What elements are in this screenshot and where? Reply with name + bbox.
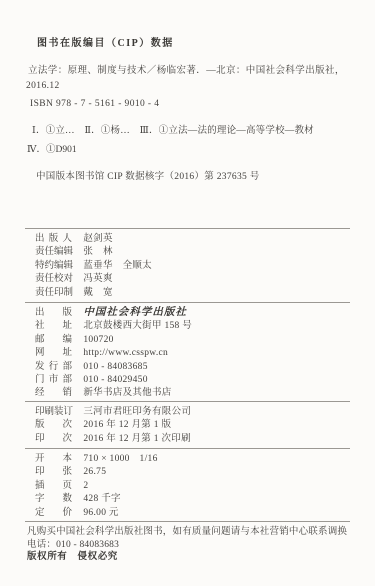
- quality-notice: 凡购买中国社会科学出版社图书，如有质量问题请与本社营销中心联系调换: [27, 526, 355, 539]
- printing-row: 版次 2016 年 12 月第 1 版: [35, 419, 191, 432]
- publisher-row: 门市部 010 - 84029450: [35, 374, 192, 387]
- contact-phone: 电话：010 - 84083683: [27, 539, 355, 552]
- row-label: 定价: [35, 507, 72, 520]
- book-copyright-page: 图书在版编目（CIP）数据 立法学：原理、制度与技术／杨临宏著．—北京：中国社会…: [0, 0, 375, 586]
- format-row: 开本 710 × 1000 1/16: [35, 453, 158, 466]
- row-label: 社址: [35, 320, 72, 333]
- publisher-row: 网址 http://www.csspw.cn: [35, 347, 192, 360]
- format-row: 印张 26.75: [35, 466, 158, 479]
- row-label: 开本: [35, 453, 72, 466]
- publisher-block: 出版 中国社会科学出版社 社址 北京鼓楼西大街甲 158 号 邮编 100720…: [35, 306, 192, 401]
- printing-row: 印刷装订 三河市君旺印务有限公司: [35, 406, 191, 419]
- footer-block: 凡购买中国社会科学出版社图书，如有质量问题请与本社营销中心联系调换 电话：010…: [27, 526, 355, 564]
- divider: [25, 401, 350, 402]
- website-url: http://www.csspw.cn: [83, 348, 168, 358]
- staff-row: 特约编辑 蓝垂华 全顺太: [35, 260, 152, 273]
- row-value: 赵剑英: [83, 234, 112, 244]
- row-label: 印刷装订: [35, 406, 72, 419]
- staff-block: 出版人 赵剑英 责任编辑 张 林 特约编辑 蓝垂华 全顺太 责任校对 冯英爽 责…: [35, 233, 152, 300]
- printing-block: 印刷装订 三河市君旺印务有限公司 版次 2016 年 12 月第 1 版 印次 …: [35, 406, 191, 446]
- row-value: 26.75: [83, 467, 106, 477]
- row-value: 100720: [83, 335, 113, 345]
- publisher-row: 社址 北京鼓楼西大街甲 158 号: [35, 320, 192, 333]
- cip-classification-line1: Ⅰ．①立… Ⅱ．①杨… Ⅲ．①立法—法的理论—高等学校—教材: [32, 122, 355, 136]
- format-row: 字数 428 千字: [35, 493, 158, 506]
- cip-description-line2: 2016.12: [26, 81, 355, 91]
- row-label: 责任印制: [35, 287, 72, 300]
- price-value: 96.00 元: [83, 508, 118, 518]
- row-value: 010 - 84029450: [83, 375, 147, 385]
- row-label: 发行部: [35, 361, 72, 374]
- cip-description-line1: 立法学：原理、制度与技术／杨临宏著．—北京：中国社会科学出版社，: [28, 62, 355, 76]
- row-value: 428 千字: [83, 494, 120, 504]
- divider: [25, 302, 350, 303]
- row-label: 插页: [35, 480, 72, 493]
- row-value: 张 林: [83, 247, 112, 257]
- divider: [25, 521, 350, 522]
- row-label: 网址: [35, 347, 72, 360]
- row-value: 010 - 84083685: [83, 362, 147, 372]
- copyright-notice: 版权所有 侵权必究: [27, 551, 355, 564]
- staff-row: 责任印制 戴 宽: [35, 287, 152, 300]
- row-label: 特约编辑: [35, 260, 72, 273]
- divider: [25, 448, 350, 449]
- row-value: 2016 年 12 月第 1 次印刷: [83, 434, 191, 444]
- row-label: 出版人: [35, 233, 72, 246]
- row-label: 责任校对: [35, 273, 72, 286]
- printing-row: 印次 2016 年 12 月第 1 次印刷: [35, 433, 191, 446]
- cip-classification-line2: Ⅳ．①D901: [27, 141, 355, 155]
- publisher-row: 邮编 100720: [35, 334, 192, 347]
- staff-row: 责任编辑 张 林: [35, 246, 152, 259]
- row-value: 蓝垂华 全顺太: [83, 261, 152, 271]
- row-value: 三河市君旺印务有限公司: [83, 407, 191, 417]
- row-value: 2016 年 12 月第 1 版: [83, 420, 171, 430]
- format-row: 定价 96.00 元: [35, 507, 158, 520]
- divider: [25, 228, 350, 229]
- isbn-number: ISBN 978 - 7 - 5161 - 9010 - 4: [30, 99, 355, 109]
- row-value: 冯英爽: [83, 274, 112, 284]
- publisher-row: 发行部 010 - 84083685: [35, 361, 192, 374]
- row-value: 北京鼓楼西大街甲 158 号: [83, 321, 192, 331]
- publisher-row: 经销 新华书店及其他书店: [35, 387, 192, 400]
- row-label: 邮编: [35, 334, 72, 347]
- cip-data-block: 图书在版编目（CIP）数据 立法学：原理、制度与技术／杨临宏著．—北京：中国社会…: [0, 34, 355, 182]
- format-row: 插页 2: [35, 480, 158, 493]
- cip-registration-number: 中国版本图书馆 CIP 数据核字（2016）第 237635 号: [36, 168, 355, 182]
- row-label: 印张: [35, 466, 72, 479]
- row-label: 门市部: [35, 374, 72, 387]
- row-label: 印次: [35, 433, 72, 446]
- row-label: 版次: [35, 419, 72, 432]
- row-label: 出版: [35, 307, 72, 320]
- cip-title: 图书在版编目（CIP）数据: [37, 34, 355, 49]
- row-value: 710 × 1000 1/16: [83, 454, 157, 464]
- publisher-row: 出版 中国社会科学出版社: [35, 306, 192, 320]
- publisher-name: 中国社会科学出版社: [83, 307, 187, 318]
- row-value: 戴 宽: [83, 288, 112, 298]
- row-label: 责任编辑: [35, 246, 72, 259]
- row-value: 2: [83, 481, 88, 491]
- format-block: 开本 710 × 1000 1/16 印张 26.75 插页 2 字数 428 …: [35, 453, 158, 520]
- staff-row: 责任校对 冯英爽: [35, 273, 152, 286]
- staff-row: 出版人 赵剑英: [35, 233, 152, 246]
- row-label: 经销: [35, 387, 72, 400]
- row-value: 新华书店及其他书店: [83, 388, 171, 398]
- row-label: 字数: [35, 493, 72, 506]
